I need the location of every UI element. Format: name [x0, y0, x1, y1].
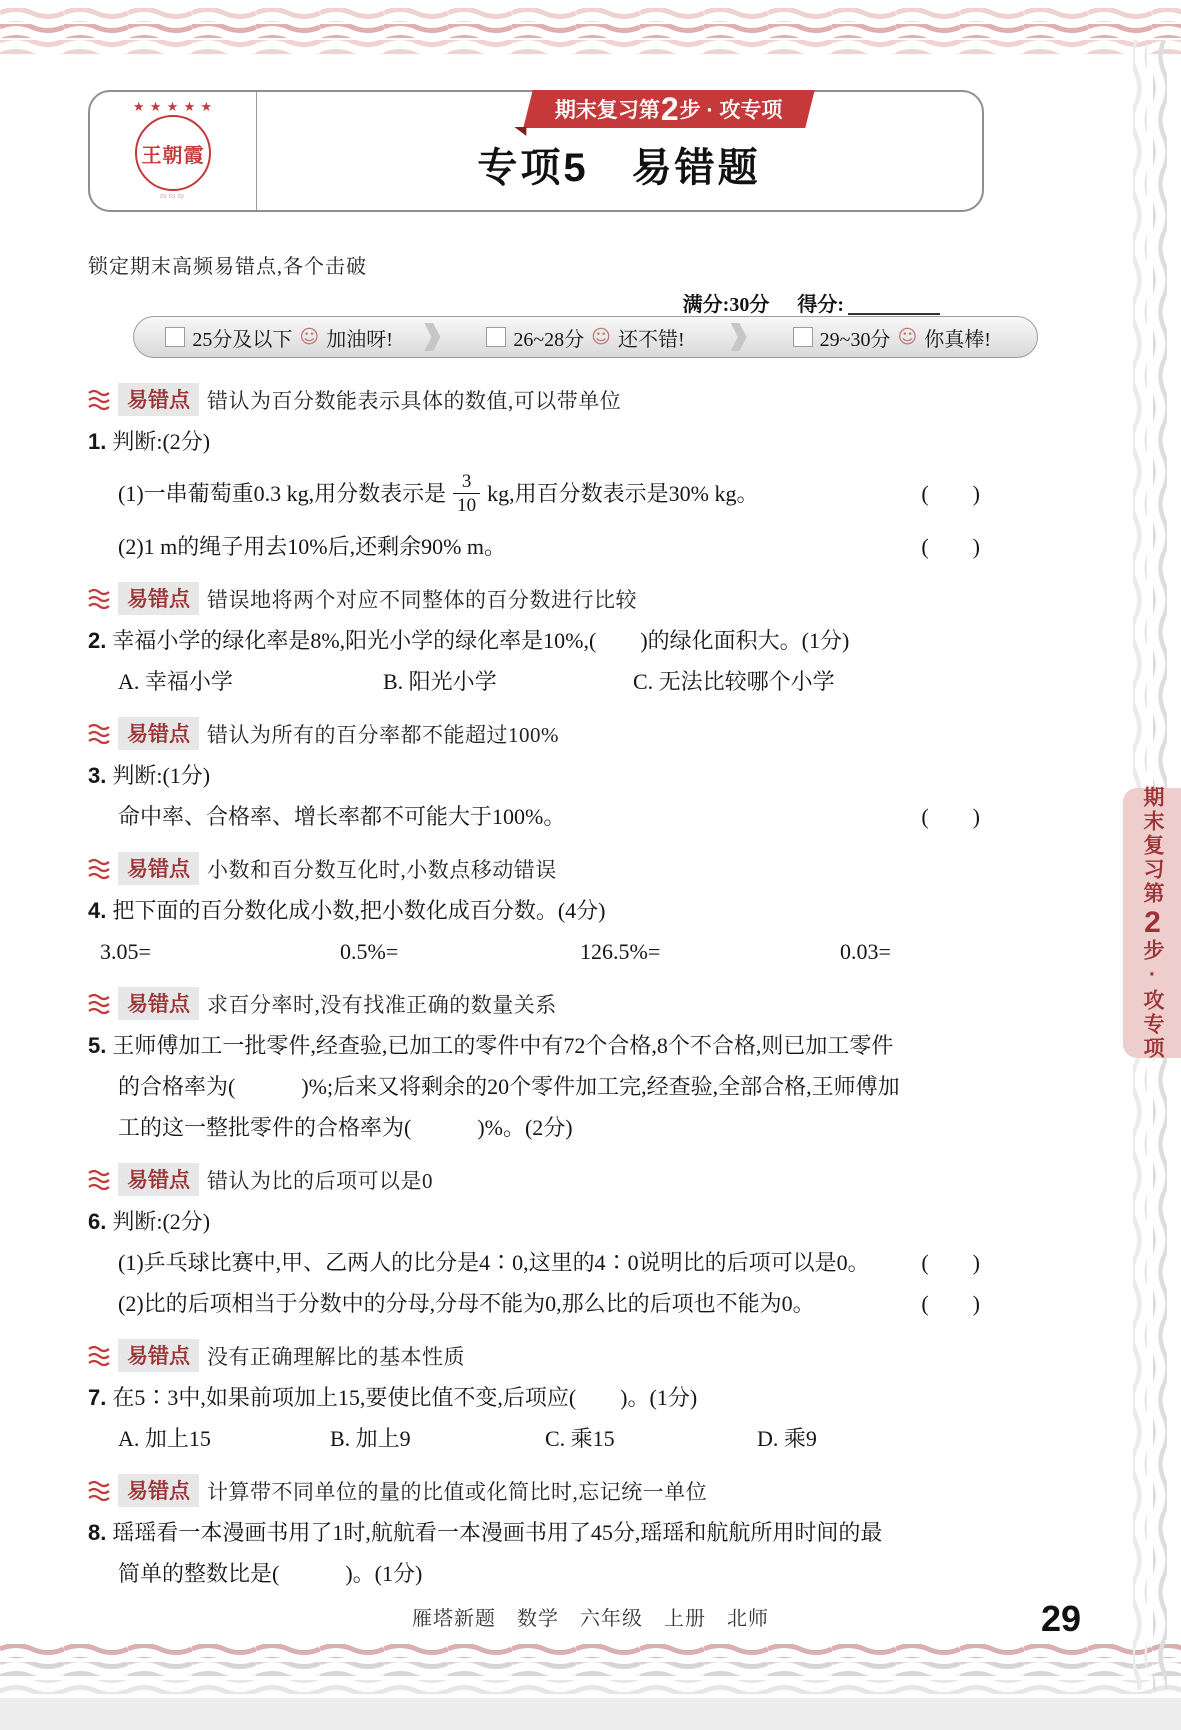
- wavy-lines-icon: [88, 857, 110, 881]
- score-praise-high: 你真棒!: [924, 323, 991, 352]
- page-number: 29: [1041, 1598, 1081, 1640]
- score-praise-mid: 还不错!: [618, 323, 685, 352]
- question-7: 7.在5∶3中,如果前项加上15,要使比值不变,后项应( )。(1分): [88, 1377, 980, 1418]
- answer-bracket: ( ): [921, 796, 980, 837]
- sidebar-step-tab: 期末复习第2步·攻专项: [1123, 788, 1181, 1058]
- question-5-line-3: 工的这一整批零件的合格率为( )%。(2分): [88, 1107, 980, 1148]
- score-checkbox-mid[interactable]: [486, 327, 506, 347]
- error-point-header: 易错点 求百分率时,没有找准正确的数量关系: [88, 987, 980, 1020]
- score-range-high: 29~30分: [820, 323, 891, 352]
- publisher-logo: ★ ★ ★ ★ ★ 王朝霞 ≈≈≈: [90, 92, 257, 210]
- question-1-item-1: (1)一串葡萄重0.3 kg,用分数表示是 310 kg,用百分数表示是30% …: [88, 462, 980, 526]
- tagline: 锁定期末高频易错点,各个击破: [88, 250, 367, 279]
- wavy-lines-icon: [88, 1479, 110, 1503]
- option-c: C. 无法比较哪个小学: [633, 661, 980, 702]
- question-4-expressions: 3.05= 0.5%= 126.5%= 0.03=: [88, 931, 980, 972]
- answer-bracket: ( ): [921, 1283, 980, 1324]
- error-point-note: 错认为比的后项可以是0: [207, 1165, 433, 1195]
- question-6-item-1: (1)乒乓球比赛中,甲、乙两人的比分是4∶0,这里的4∶0说明比的后项可以是0。…: [88, 1242, 980, 1283]
- score-segment-low: 25分及以下 ☺ 加油呀!: [134, 323, 424, 352]
- logo-waves-icon: ≈≈≈: [160, 191, 186, 201]
- smiley-icon: ☺: [591, 326, 611, 348]
- error-point-note: 错认为百分数能表示具体的数值,可以带单位: [207, 385, 621, 415]
- sidebar-step-tab-text: 期末复习第2步·攻专项: [1135, 786, 1169, 1061]
- wavy-lines-icon: [88, 722, 110, 746]
- bottom-wave-border: [0, 1642, 1181, 1730]
- error-point-header: 易错点 错认为比的后项可以是0: [88, 1163, 980, 1196]
- page-title: 专项5 易错题: [256, 136, 982, 193]
- score-checkbox-low[interactable]: [165, 327, 185, 347]
- footer-caption: 雁塔新题 数学 六年级 上册 北师: [0, 1602, 1181, 1631]
- fraction: 310: [453, 471, 480, 517]
- wavy-lines-icon: [88, 587, 110, 611]
- worksheet-page: ★ ★ ★ ★ ★ 王朝霞 ≈≈≈ 期末复习第2步 · 攻专项 专项5 易错题 …: [0, 0, 1181, 1730]
- chevron-divider-icon: [424, 323, 440, 351]
- option-c: C. 乘15: [545, 1418, 757, 1459]
- error-point-badge: 易错点: [118, 1474, 199, 1507]
- error-point-header: 易错点 错认为所有的百分率都不能超过100%: [88, 717, 980, 750]
- question-3: 3.判断:(1分): [88, 755, 980, 796]
- question-1: 1.判断:(2分): [88, 421, 980, 462]
- wavy-lines-icon: [88, 1168, 110, 1192]
- error-point-badge: 易错点: [118, 1339, 199, 1372]
- error-point-header: 易错点 错认为百分数能表示具体的数值,可以带单位: [88, 383, 980, 416]
- error-point-header: 易错点 没有正确理解比的基本性质: [88, 1339, 980, 1372]
- score-range-low: 25分及以下: [192, 323, 292, 352]
- error-point-header: 易错点 小数和百分数互化时,小数点移动错误: [88, 852, 980, 885]
- error-point-note: 没有正确理解比的基本性质: [207, 1341, 465, 1371]
- banner-fold: [514, 127, 526, 136]
- question-5-line-1: 5.王师傅加工一批零件,经查验,已加工的零件中有72个合格,8个不合格,则已加工…: [88, 1025, 980, 1066]
- expression-3: 126.5%=: [580, 931, 840, 972]
- score-line: 满分:30分 得分:: [683, 288, 940, 317]
- error-point-header: 易错点 错误地将两个对应不同整体的百分数进行比较: [88, 582, 980, 615]
- question-1-item-2: (2)1 m的绳子用去10%后,还剩余90% m。 ( ): [88, 526, 980, 567]
- answer-bracket: ( ): [921, 483, 980, 505]
- error-point-badge: 易错点: [118, 987, 199, 1020]
- score-checkbox-high[interactable]: [793, 327, 813, 347]
- score-praise-low: 加油呀!: [326, 323, 393, 352]
- stars-icon: ★ ★ ★ ★ ★: [133, 101, 213, 113]
- error-point-badge: 易错点: [118, 717, 199, 750]
- score-label: 得分:: [797, 294, 844, 316]
- option-d: D. 乘9: [757, 1418, 980, 1459]
- error-point-note: 错认为所有的百分率都不能超过100%: [207, 719, 559, 749]
- question-6-item-2: (2)比的后项相当于分数中的分母,分母不能为0,那么比的后项也不能为0。 ( ): [88, 1283, 980, 1324]
- option-b: B. 加上9: [330, 1418, 545, 1459]
- smiley-icon: ☺: [299, 326, 319, 348]
- score-blank[interactable]: [848, 293, 940, 315]
- option-a: A. 加上15: [118, 1418, 330, 1459]
- error-point-badge: 易错点: [118, 852, 199, 885]
- answer-bracket: ( ): [921, 526, 980, 567]
- step-banner-text: 期末复习第2步 · 攻专项: [555, 91, 782, 128]
- score-range-mid: 26~28分: [513, 323, 584, 352]
- expression-1: 3.05=: [100, 931, 340, 972]
- question-8-line-1: 8.瑶瑶看一本漫画书用了1时,航航看一本漫画书用了45分,瑶瑶和航航所用时间的最: [88, 1512, 980, 1553]
- error-point-note: 小数和百分数互化时,小数点移动错误: [207, 854, 557, 884]
- question-5-line-2: 的合格率为( )%;后来又将剩余的20个零件加工完,经查验,全部合格,王师傅加: [88, 1066, 980, 1107]
- error-point-note: 错误地将两个对应不同整体的百分数进行比较: [207, 584, 637, 614]
- top-wave-border: [0, 6, 1181, 58]
- option-a: A. 幸福小学: [118, 661, 383, 702]
- logo-circle: 王朝霞: [135, 115, 211, 191]
- error-point-note: 计算带不同单位的量的比值或化简比时,忘记统一单位: [207, 1476, 707, 1506]
- option-b: B. 阳光小学: [383, 661, 633, 702]
- question-7-options: A. 加上15 B. 加上9 C. 乘15 D. 乘9: [88, 1418, 980, 1459]
- score-bar: 25分及以下 ☺ 加油呀! 26~28分 ☺ 还不错! 29~30分 ☺ 你真棒…: [133, 316, 1038, 358]
- question-2: 2.幸福小学的绿化率是8%,阳光小学的绿化率是10%,( )的绿化面积大。(1分…: [88, 620, 980, 661]
- wavy-lines-icon: [88, 1344, 110, 1368]
- logo-name: 王朝霞: [142, 139, 205, 168]
- wavy-lines-icon: [88, 388, 110, 412]
- step-banner: 期末复习第2步 · 攻专项: [523, 90, 814, 128]
- expression-4: 0.03=: [840, 931, 980, 972]
- score-segment-mid: 26~28分 ☺ 还不错!: [440, 323, 730, 352]
- error-point-note: 求百分率时,没有找准正确的数量关系: [207, 989, 557, 1019]
- smiley-icon: ☺: [897, 326, 917, 348]
- error-point-badge: 易错点: [118, 383, 199, 416]
- full-score-label: 满分:30分: [683, 294, 770, 316]
- question-2-options: A. 幸福小学 B. 阳光小学 C. 无法比较哪个小学: [88, 661, 980, 702]
- question-3-item: 命中率、合格率、增长率都不可能大于100%。 ( ): [88, 796, 980, 837]
- chevron-divider-icon: [731, 323, 747, 351]
- answer-bracket: ( ): [921, 1242, 980, 1283]
- error-point-header: 易错点 计算带不同单位的量的比值或化简比时,忘记统一单位: [88, 1474, 980, 1507]
- expression-2: 0.5%=: [340, 931, 580, 972]
- header: ★ ★ ★ ★ ★ 王朝霞 ≈≈≈ 期末复习第2步 · 攻专项 专项5 易错题: [88, 90, 984, 212]
- wavy-lines-icon: [88, 992, 110, 1016]
- score-segment-high: 29~30分 ☺ 你真棒!: [747, 323, 1037, 352]
- error-point-badge: 易错点: [118, 1163, 199, 1196]
- question-6: 6.判断:(2分): [88, 1201, 980, 1242]
- question-4: 4.把下面的百分数化成小数,把小数化成百分数。(4分): [88, 890, 980, 931]
- question-8-line-2: 简单的整数比是( )。(1分): [88, 1553, 980, 1594]
- error-point-badge: 易错点: [118, 582, 199, 615]
- question-list: 易错点 错认为百分数能表示具体的数值,可以带单位 1.判断:(2分) (1)一串…: [88, 368, 980, 1594]
